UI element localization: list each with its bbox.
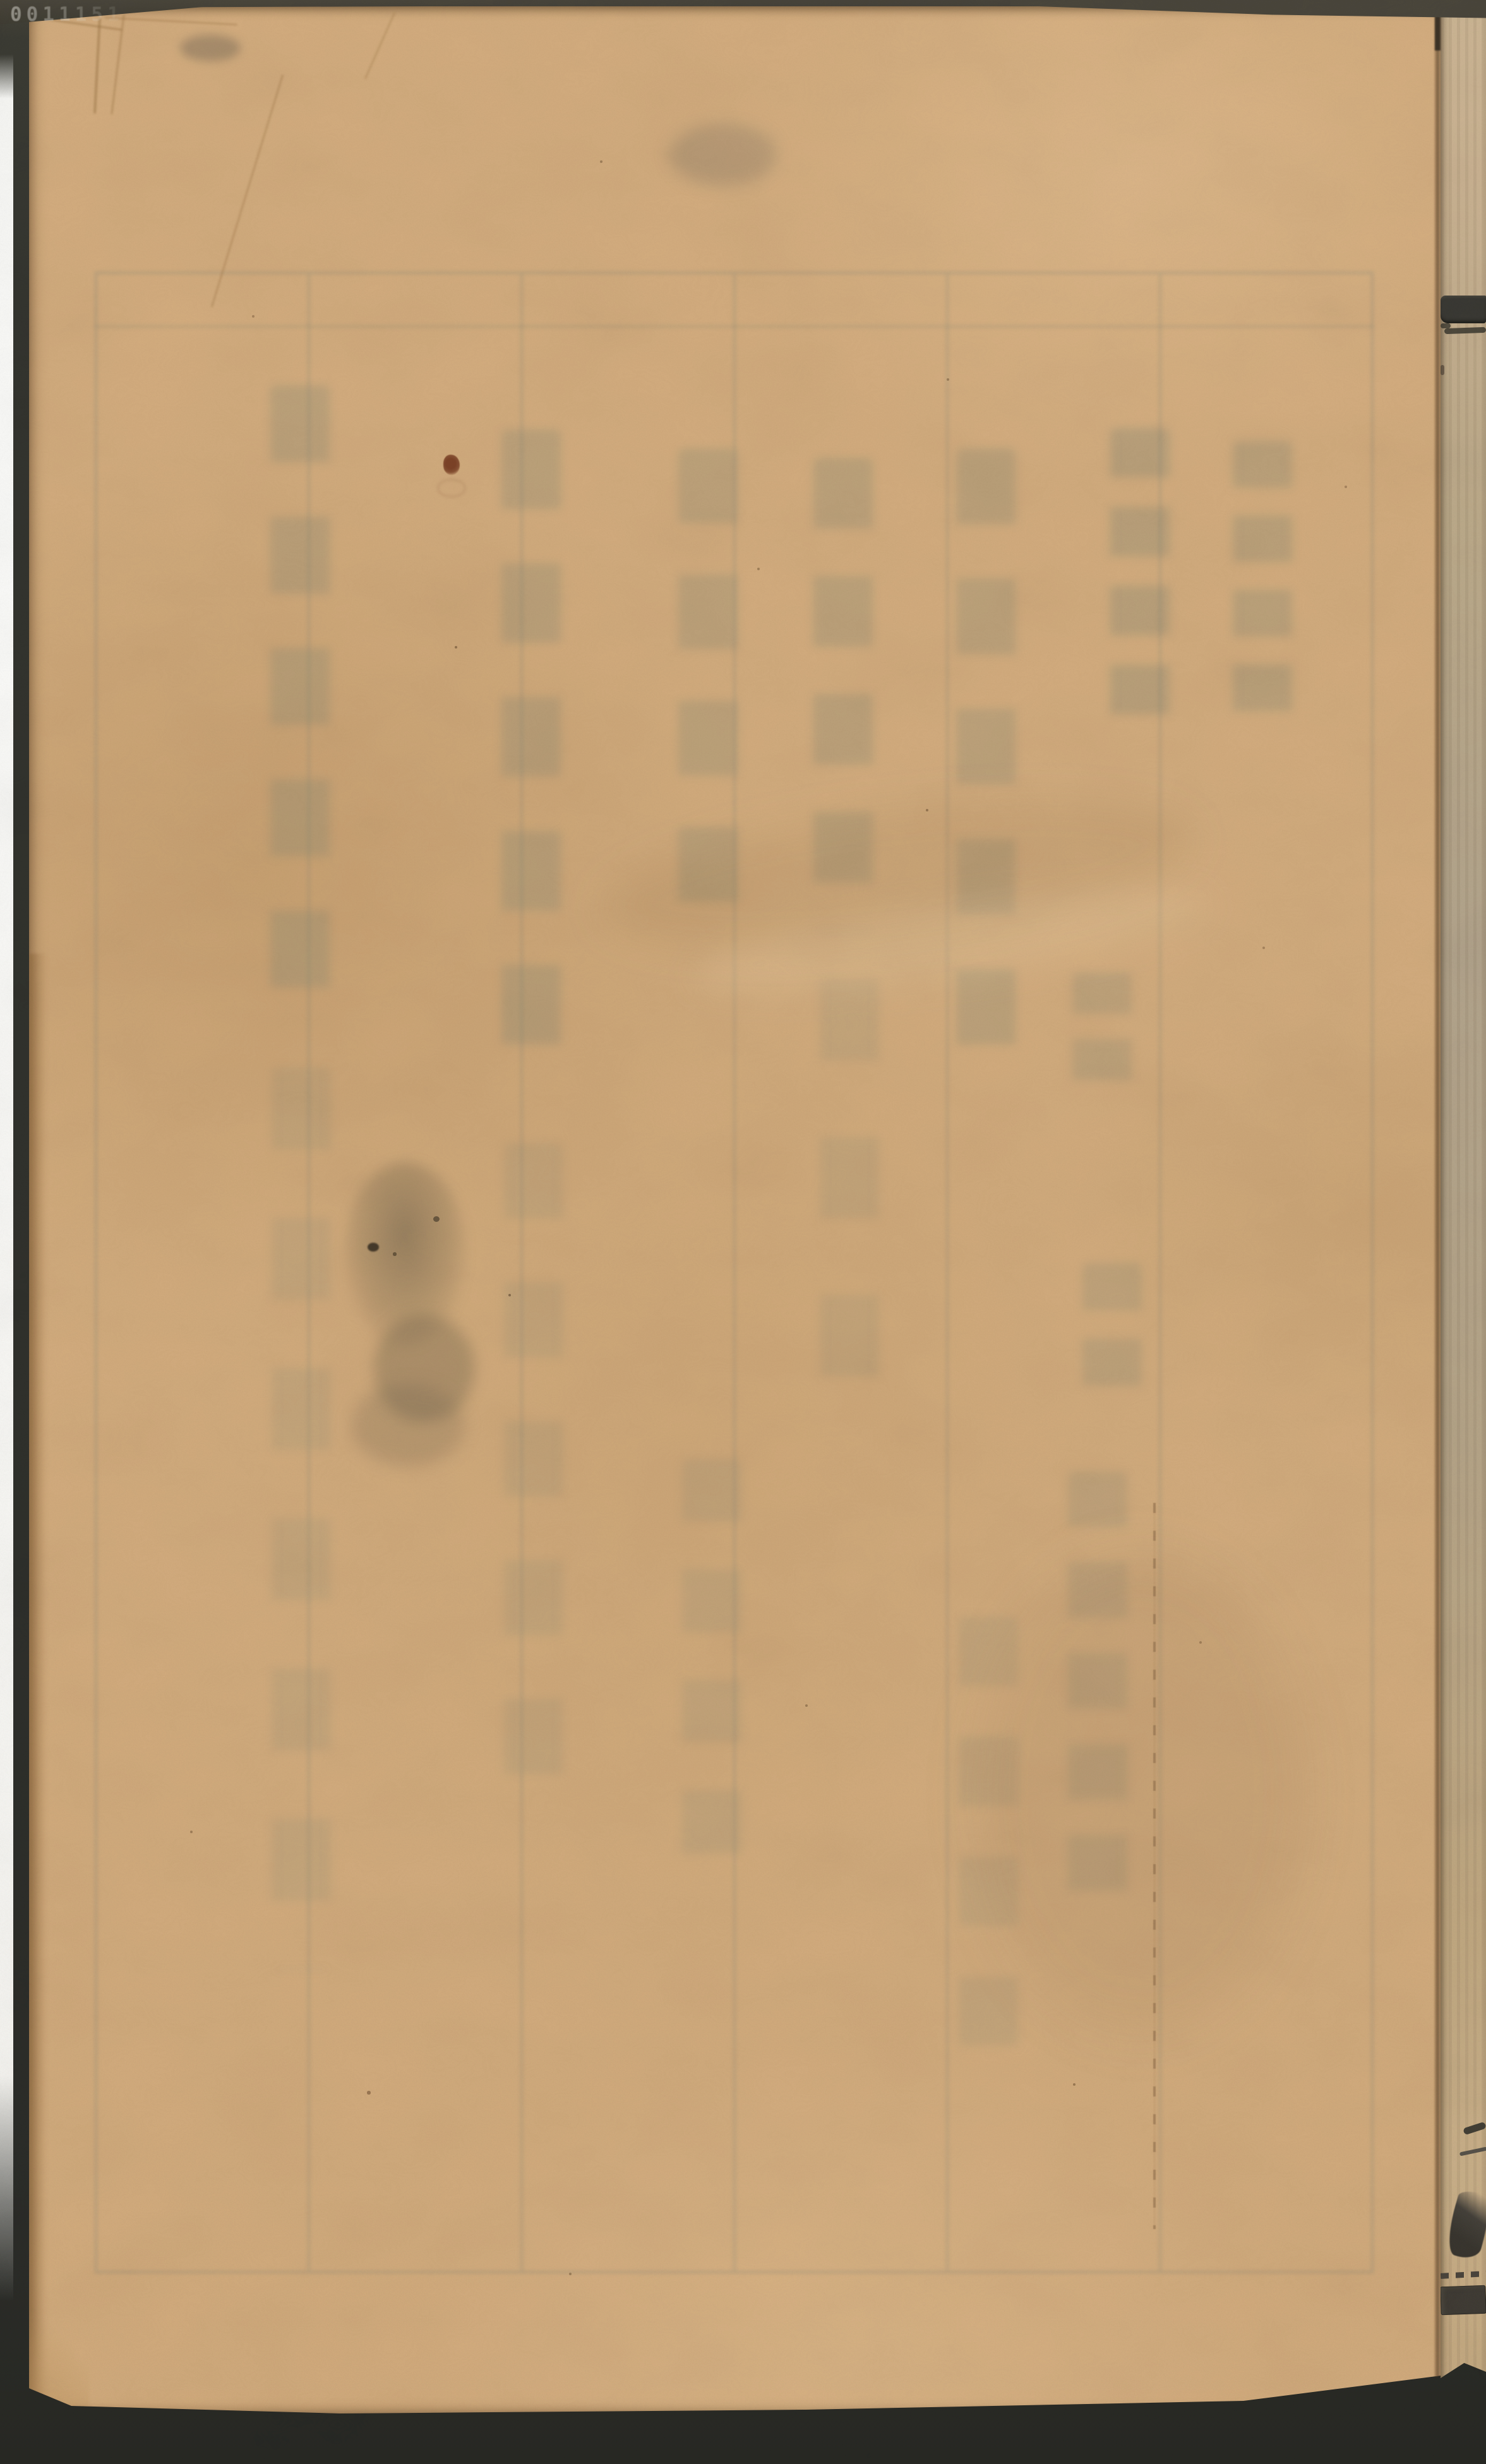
leaf-gutter-crease: [1434, 14, 1441, 2377]
ink-smudge: [337, 1156, 514, 1484]
ghost-text-column: [956, 448, 1016, 1099]
fore-edge-texture: [1441, 14, 1486, 2378]
crease-line: [105, 17, 237, 26]
ink-speck: [368, 1243, 379, 1252]
ink-speck: [433, 1216, 440, 1222]
scanned-book-page: 0011151: [0, 0, 1486, 2464]
gray-blotch: [669, 123, 777, 186]
partial-brush-stroke: [1441, 2285, 1486, 2315]
crease-line: [364, 12, 396, 79]
ghost-text-column: [1082, 1263, 1142, 1414]
red-ink-blot: [443, 455, 460, 475]
book-page: [29, 6, 1441, 2413]
ghost-text-column: [1110, 428, 1170, 744]
ghost-text-column: [820, 979, 879, 1452]
gray-smudge: [180, 35, 241, 61]
next-leaf-fore-edge: [1441, 14, 1486, 2378]
red-ink-halo: [437, 479, 466, 498]
ghost-text-column: [682, 1459, 741, 1901]
ghost-text-column: [272, 1067, 331, 1970]
ghost-text-column: [1233, 441, 1292, 738]
ghost-text-column: [1072, 972, 1132, 1105]
scanner-white-strip: [0, 54, 13, 2301]
ghost-text-column: [270, 385, 330, 1042]
ink-smudge-blob: [351, 1384, 465, 1466]
ghost-frame-inner-line: [95, 325, 1374, 328]
worn-left-edge: [29, 954, 47, 2413]
ink-dash-mark: [1441, 323, 1451, 328]
leaf-gutter-crease-dark-top: [1435, 14, 1441, 51]
ghost-text-column: [501, 429, 561, 1099]
wrinkle-shadow: [976, 1553, 1305, 2033]
crease-line: [93, 18, 101, 114]
ink-bar-mark: [1441, 296, 1486, 323]
worn-corner: [29, 2305, 89, 2413]
scan-id-label: 0011151: [10, 3, 124, 26]
